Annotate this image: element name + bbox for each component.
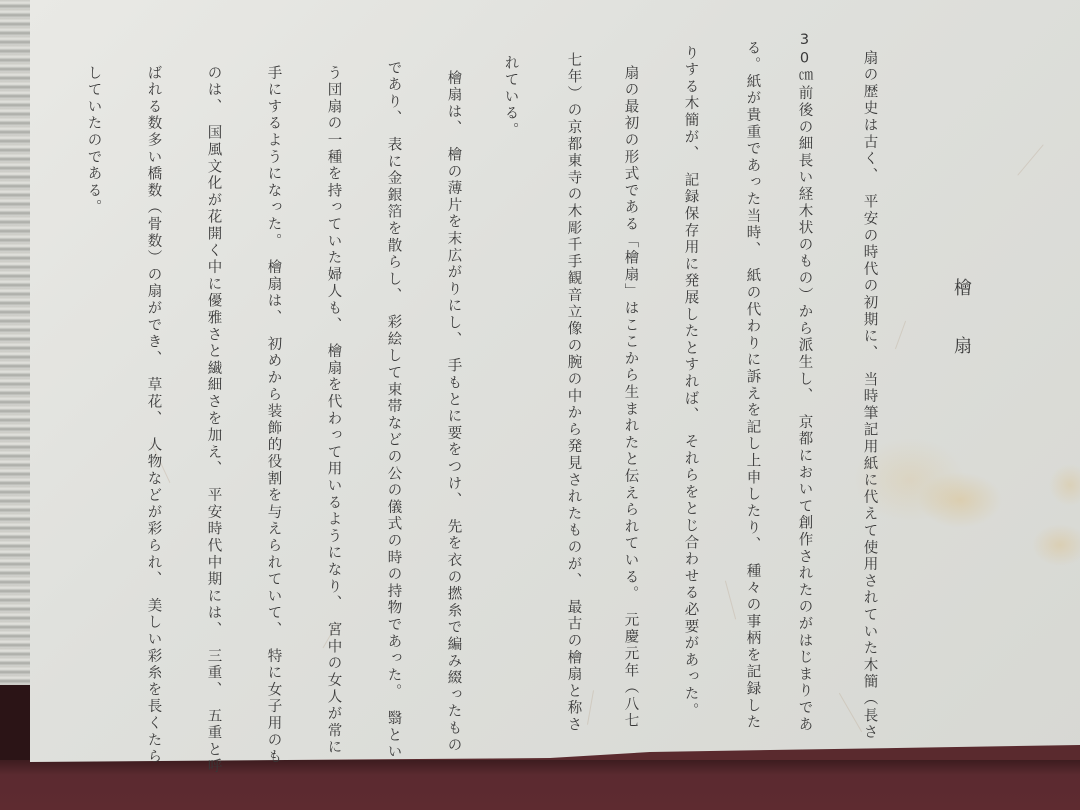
text-column-9: であり、 表に金銀箔を散らし、 彩絵して束帯などの公の儀式の時の持物であった。 … — [386, 60, 401, 761]
text-column-12: のは、 国風文化が花開く中に優雅さと繊細さを加え、 平安時代中期には、 三重、 … — [206, 65, 221, 775]
text-column-1: 扇の歴史は古く、 平安の時代の初期に、 当時筆記用紙に代えて使用されていた木簡（… — [862, 50, 877, 741]
maroon-backdrop — [0, 760, 1080, 810]
text-column-8: 檜扇は、 檜の薄片を末広がりにし、 手もとに要をつけ、 先を衣の撚糸で編み綴った… — [446, 70, 461, 754]
document-title: 檜扇 — [950, 278, 974, 394]
text-column-13: ばれる数多い橋数（骨数）の扇ができ、 草花、 人物などが彩られ、 美しい彩糸を長… — [146, 65, 161, 766]
washi-paper-sheet — [30, 0, 1080, 780]
text-column-6: 七年）の京都東寺の木彫千手観音立像の腕の中から発見されたものが、 最古の檜扇と称… — [566, 52, 581, 734]
text-column-10: う団扇の一種を持っていた婦人も、 檜扇を代わって用いるようになり、 宮中の女人が… — [326, 65, 341, 756]
text-column-11: 手にするようになった。 檜扇は、 初めから装飾的役割を与えられていて、 特に女子… — [266, 65, 281, 766]
text-column-5: 扇の最初の形式である「檜扇」はここから生まれたと伝えられている。 元慶元年（八七 — [623, 65, 638, 730]
text-column-3: る。紙が貴重であった当時、 紙の代わりに訴えを記し上申したり、 種々の事柄を記録… — [745, 40, 760, 731]
text-column-7: れている。 — [503, 55, 518, 139]
text-column-14: していたのである。 — [86, 65, 101, 216]
text-column-4: りする木簡が、 記録保存用に発展したとすれば、 それらをとじ合わせる必要があった… — [683, 45, 698, 719]
wall-texture — [0, 0, 34, 690]
text-column-2: 30㎝前後の細長い経木状のもの）から派生し、 京都において創作されたのがはじまり… — [797, 32, 812, 733]
